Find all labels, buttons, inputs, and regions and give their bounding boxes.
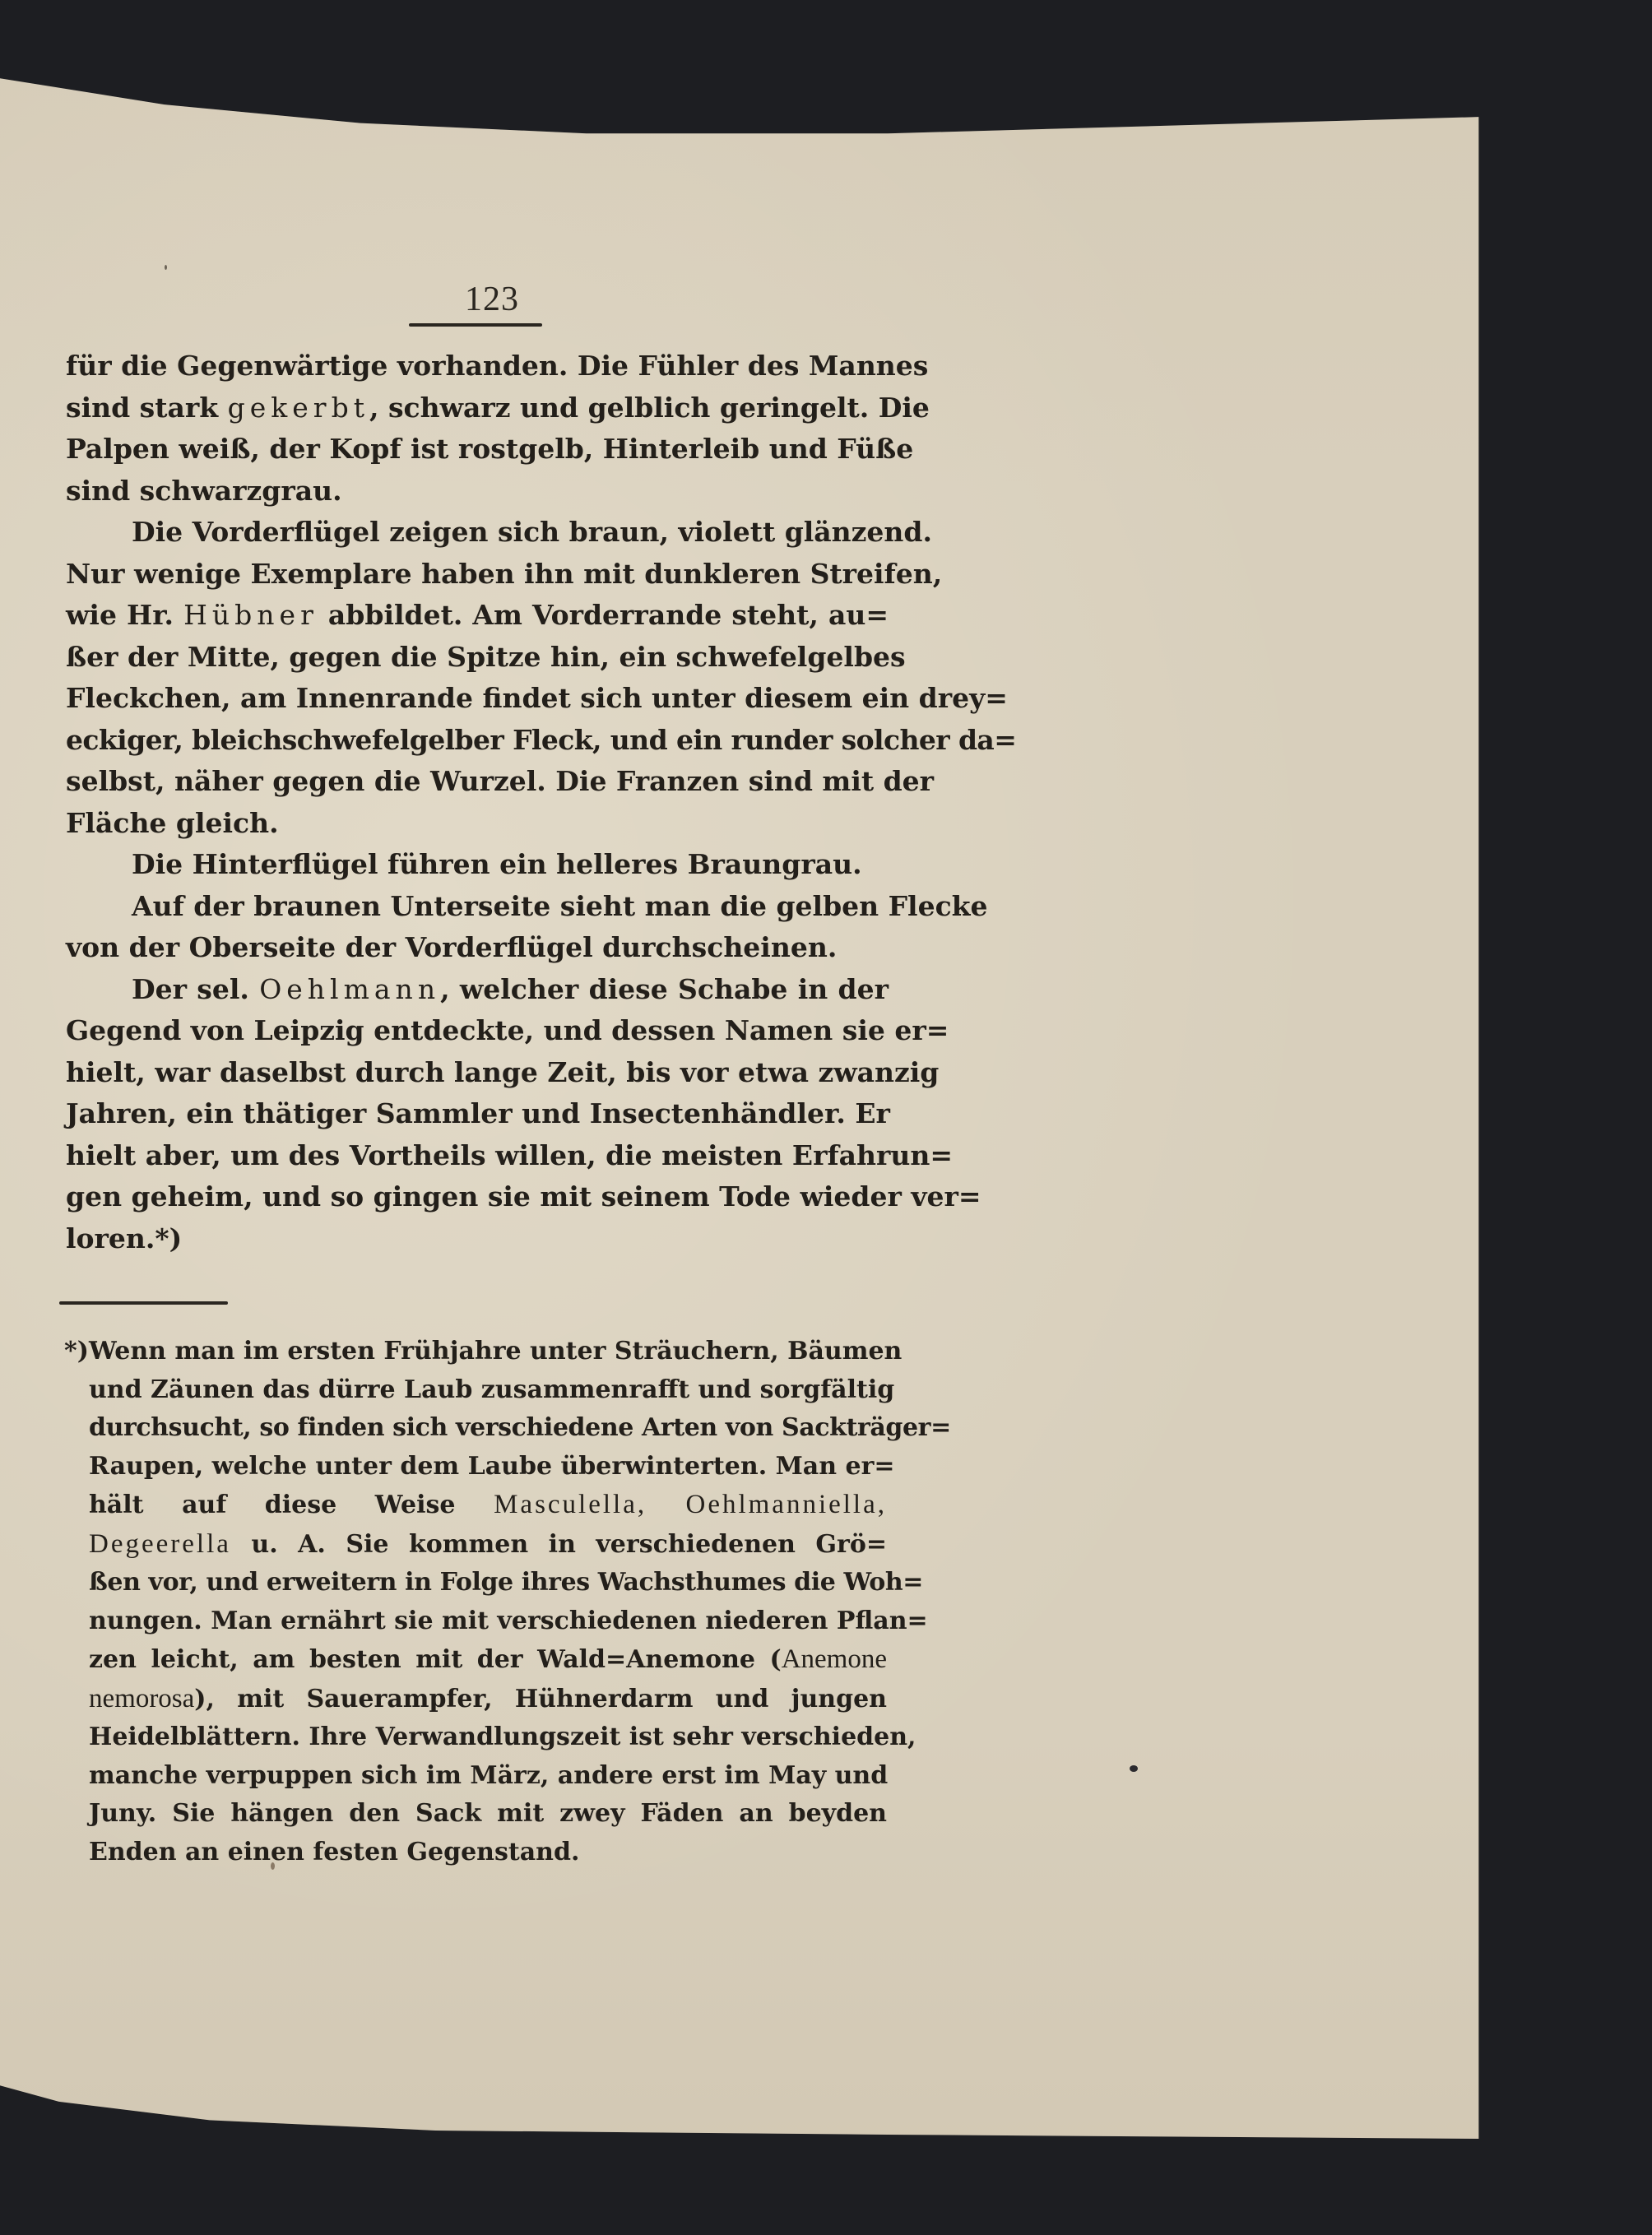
body-text: für die Gegenwärtige vorhanden. Die Fühl…: [66, 345, 889, 1259]
footnote-line: ßen vor, und erweitern in Folge ihres Wa…: [89, 1564, 887, 1602]
footnote-line: Wenn man im ersten Frühjahre unter Sträu…: [89, 1333, 887, 1371]
species-names: Masculella, Oehlmanniella,: [494, 1490, 887, 1519]
text-line: gen geheim, und so gingen sie mit seinem…: [66, 1176, 889, 1218]
footnote: *) Wenn man im ersten Frühjahre unter St…: [89, 1333, 887, 1871]
ink-speck: [1130, 1765, 1138, 1772]
text-line: für die Gegenwärtige vorhanden. Die Fühl…: [66, 345, 889, 387]
footnote-line: durchsucht, so finden sich verschiedene …: [89, 1409, 887, 1448]
page-number-rule: [409, 323, 542, 327]
emphasized-name: Oehlmann: [259, 973, 440, 1005]
paragraph-start: Die Hinterflügel führen ein helleres Bra…: [66, 844, 889, 886]
paragraph-start: Die Vorderflügel zeigen sich braun, viol…: [66, 512, 889, 554]
text-line: ßer der Mitte, gegen die Spitze hin, ein…: [66, 637, 889, 679]
text-line: Fläche gleich.: [66, 803, 889, 845]
text-line: hielt aber, um des Vortheils willen, die…: [66, 1135, 889, 1177]
paper-speck: [165, 265, 167, 270]
footnote-line: Raupen, welche unter dem Laube überwinte…: [89, 1448, 887, 1486]
text-line: Fleckchen, am Innenrande findet sich unt…: [66, 678, 889, 720]
footnote-marker: *): [64, 1333, 89, 1371]
footnote-line: zen leicht, am besten mit der Wald=Anemo…: [89, 1640, 887, 1680]
footnote-line: Enden an einen festen Gegenstand.: [89, 1834, 887, 1872]
text-line: von der Oberseite der Vorderflügel durch…: [66, 927, 889, 969]
emphasized-word: gekerbt: [228, 392, 369, 424]
footnote-line: Degeerella u. A. Sie kommen in verschied…: [89, 1525, 887, 1565]
text-line: eckiger, bleichschwefelgelber Fleck, und…: [66, 720, 889, 762]
paper-speck: [271, 1862, 275, 1870]
plant-name: Anemone: [782, 1644, 887, 1674]
text-line: hielt, war daselbst durch lange Zeit, bi…: [66, 1052, 889, 1094]
text-line: Jahren, ein thätiger Sammler und Insecte…: [66, 1093, 889, 1135]
footnote-line: Heidelblättern. Ihre Verwandlungszeit is…: [89, 1718, 887, 1757]
text-line: Gegend von Leipzig entdeckte, und dessen…: [66, 1010, 889, 1052]
page-number: 123: [451, 280, 533, 319]
footnote-line: Juny. Sie hängen den Sack mit zwey Fäden…: [89, 1795, 887, 1834]
species-name: Degeerella: [89, 1529, 231, 1559]
text-line: loren.*): [66, 1218, 889, 1260]
text-line: selbst, näher gegen die Wurzel. Die Fran…: [66, 761, 889, 803]
paragraph-start: Auf der braunen Unterseite sieht man die…: [66, 886, 889, 928]
text-line: sind stark gekerbt, schwarz und gelblich…: [66, 387, 889, 429]
text-line: Palpen weiß, der Kopf ist rostgelb, Hint…: [66, 429, 889, 471]
footnote-separator: [59, 1301, 228, 1305]
footnote-line: nemorosa), mit Sauerampfer, Hühnerdarm u…: [89, 1680, 887, 1719]
text-line: sind schwarzgrau.: [66, 471, 889, 512]
plant-name: nemorosa: [89, 1684, 194, 1713]
footnote-line: und Zäunen das dürre Laub zusammenrafft …: [89, 1371, 887, 1410]
footnote-line: manche verpuppen sich im März, andere er…: [89, 1757, 887, 1796]
footnote-line: nungen. Man ernährt sie mit verschiedene…: [89, 1602, 887, 1641]
text-line: wie Hr. Hübner abbildet. Am Vorderrande …: [66, 595, 889, 637]
text-line: Nur wenige Exemplare haben ihn mit dunkl…: [66, 554, 889, 596]
paragraph-start: Der sel. Oehlmann, welcher diese Schabe …: [66, 969, 889, 1011]
footnote-line: hält auf diese Weise Masculella, Oehlman…: [89, 1486, 887, 1525]
emphasized-name: Hübner: [183, 599, 318, 631]
